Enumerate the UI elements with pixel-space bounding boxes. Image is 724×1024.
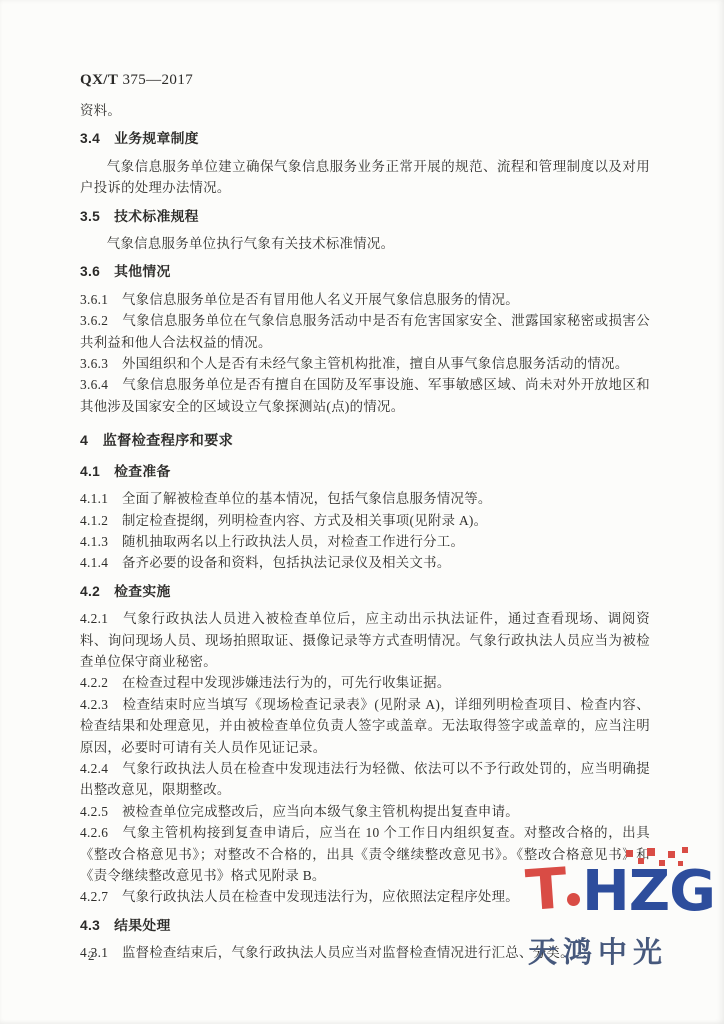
- pixel-decoration-icon: [682, 847, 688, 853]
- standard-code-number: 375—2017: [122, 72, 193, 88]
- paragraph: 4.2.2 在检查过程中发现涉嫌违法行为的，可先行收集证据。: [80, 672, 650, 693]
- logo-dot-icon: [567, 893, 580, 906]
- standard-code-prefix: QX/T: [80, 72, 118, 88]
- paragraph: 4.2.3 检查结束时应当填写《现场检查记录表》(见附录 A)，详细列明检查项目…: [80, 694, 650, 758]
- paragraph: 4.1.4 备齐必要的设备和资料，包括执法记录仪及相关文书。: [80, 552, 650, 573]
- thzg-logo-letters: THZG: [528, 846, 720, 926]
- paragraph: 气象信息服务单位执行气象有关技术标准情况。: [80, 233, 650, 254]
- document-body: 资料。3.4 业务规章制度气象信息服务单位建立确保气象信息服务业务正常开展的规范…: [80, 100, 650, 964]
- section-heading: 3.5 技术标准规程: [80, 206, 650, 227]
- document-page: QX/T 375—2017 资料。3.4 业务规章制度气象信息服务单位建立确保气…: [0, 0, 724, 1024]
- thzg-logo: THZG 天鸿中光: [528, 846, 720, 976]
- paragraph: 3.6.4 气象信息服务单位是否有擅自在国防及军事设施、军事敏感区域、尚未对外开…: [80, 374, 650, 417]
- pixel-decoration-icon: [647, 848, 655, 856]
- section-heading: 3.4 业务规章制度: [80, 128, 650, 149]
- section-heading: 4.2 检查实施: [80, 581, 650, 602]
- logo-caption: 天鸿中光: [528, 930, 720, 971]
- paragraph: 4.1.2 制定检查提纲，列明检查内容、方式及相关事项(见附录 A)。: [80, 510, 650, 531]
- page-number: 2: [88, 948, 95, 964]
- paragraph: 4.2.1 气象行政执法人员进入被检查单位后，应主动出示执法证件，通过查看现场、…: [80, 608, 650, 672]
- logo-letter-t: T: [524, 861, 569, 920]
- section-heading: 4 监督检查程序和要求: [80, 431, 650, 452]
- paragraph: 4.2.5 被检查单位完成整改后，应当向本级气象主管机构提出复查申请。: [80, 801, 650, 822]
- paragraph: 3.6.1 气象信息服务单位是否有冒用他人名义开展气象信息服务的情况。: [80, 289, 650, 310]
- paragraph: 4.1.3 随机抽取两名以上行政执法人员，对检查工作进行分工。: [80, 531, 650, 552]
- section-heading: 4.1 检查准备: [80, 461, 650, 482]
- paragraph: 气象信息服务单位建立确保气象信息服务业务正常开展的规范、流程和管理制度以及对用户…: [80, 156, 650, 199]
- paragraph: 3.6.2 气象信息服务单位在气象信息服务活动中是否有危害国家安全、泄露国家秘密…: [80, 310, 650, 353]
- paragraph: 4.1.1 全面了解被检查单位的基本情况，包括气象信息服务情况等。: [80, 488, 650, 509]
- section-heading: 3.6 其他情况: [80, 261, 650, 282]
- paragraph: 4.2.4 气象行政执法人员在检查中发现违法行为轻微、依法可以不予行政处罚的，应…: [80, 758, 650, 801]
- pixel-decoration-icon: [668, 851, 675, 858]
- pixel-decoration-icon: [626, 850, 633, 857]
- paragraph: 资料。: [80, 100, 650, 121]
- paragraph: 3.6.3 外国组织和个人是否有未经气象主管机构批准，擅自从事气象信息服务活动的…: [80, 353, 650, 374]
- logo-letters-hzg: HZG: [582, 864, 715, 920]
- running-header: QX/T 375—2017: [80, 72, 193, 89]
